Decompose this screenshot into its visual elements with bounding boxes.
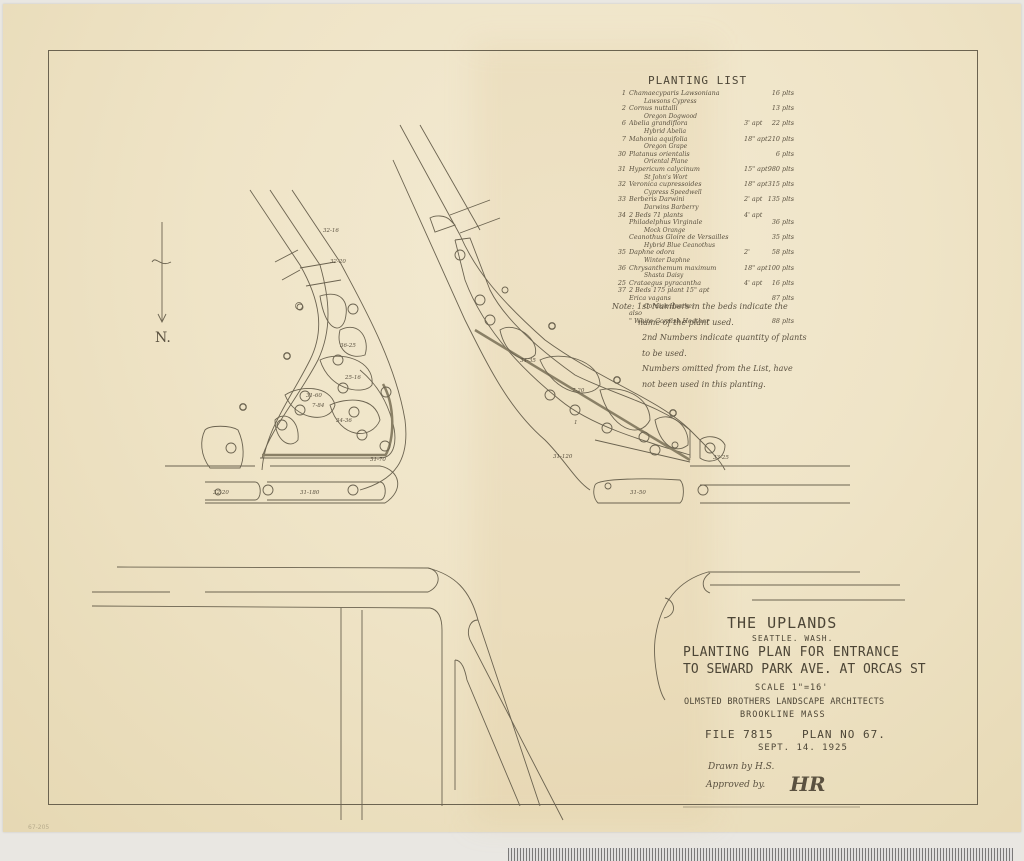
street-lines [92,567,905,820]
plant-quantity: 980 plts [766,166,794,174]
planting-list-item: 25Crataegus pyracantha4' apt16 plts [614,280,794,288]
plant-size: 4' apt [744,280,766,288]
planting-list-title: PLANTING LIST [648,74,747,87]
bed-label: 31-180 [300,490,319,496]
north-arrow-icon [152,222,171,322]
common-name: Oregon Dogwood [614,113,794,121]
item-number: 37 [614,287,626,295]
planting-list-item: 32Veronica cupressoides18" apt315 plts [614,181,794,189]
note-line: 2nd Numbers indicate quantity of plants [612,330,822,346]
project-name: THE UPLANDS [727,614,837,632]
planting-list-item: 2Cornus nuttalli13 plts [614,105,794,113]
lawn-markers [240,303,677,417]
planting-note: Note: 1st Numbers in the beds indicate t… [612,299,822,392]
plant-quantity: 100 plts [766,265,794,273]
botanical-name: Hypericum calycinum [629,166,744,174]
plant-size: 4' apt [744,212,766,220]
plant-quantity: 35 plts [766,234,794,242]
item-number: 35 [614,249,626,257]
bed-label: 36-25 [340,343,356,349]
common-name: Darwins Barberry [614,204,794,212]
item-number: 34 [614,212,626,220]
note-line: Numbers omitted from the List, have [612,361,822,377]
north-label: N. [155,330,171,346]
botanical-name: Ceanothus Gloire de Versailles [629,234,744,242]
common-name: Oregon Grape [614,143,794,151]
botanical-name: Chrysanthemum maximum [629,265,744,273]
item-number: 33 [614,196,626,204]
item-number: 2 [614,105,626,113]
item-number: 6 [614,120,626,128]
note-line: Note: 1st Numbers in the beds indicate t… [612,299,822,315]
item-number: 30 [614,151,626,159]
approver-signature: HR [790,772,826,796]
botanical-name: Platanus orientalis [629,151,744,159]
plant-quantity: 16 plts [766,280,794,288]
item-number: 32 [614,181,626,189]
item-number [614,234,626,242]
plant-quantity: 13 plts [766,105,794,113]
plant-size [744,234,766,242]
bed-label: 31-120 [553,454,572,460]
approved-by: Approved by. [706,780,765,790]
plant-size [744,105,766,113]
plant-size: 15" apt [744,166,766,174]
botanical-name: Chamaecyparis Lawsoniana [629,90,744,98]
planting-list-item: 35Daphne odora2'58 plts [614,249,794,257]
plan-title-line1: PLANTING PLAN FOR ENTRANCE [683,645,900,660]
botanical-name: Cornus nuttalli [629,105,744,113]
planting-list-item: 33Berberis Darwini2' apt135 plts [614,196,794,204]
bed-label: 33-25 [713,455,729,461]
plan-title-line2: TO SEWARD PARK AVE. AT ORCAS ST [683,662,926,677]
planting-list-item: 7Mahonia aquifolia18" apt210 plts [614,136,794,144]
plant-quantity: 315 plts [766,181,794,189]
botanical-name: Veronica cupressoides [629,181,744,189]
scale-ruler [508,848,1013,861]
botanical-name: Crataegus pyracantha [629,280,744,288]
plant-size [744,219,766,227]
planting-list: 1Chamaecyparis Lawsoniana16 pltsLawsons … [614,90,794,325]
plant-quantity: 36 plts [766,219,794,227]
botanical-name: 2 Beds 71 plants [629,212,744,220]
plant-size [744,151,766,159]
bed-label: 7-20 [572,388,584,394]
planting-list-item: 36Chrysanthemum maximum18" apt100 plts [614,265,794,273]
planting-list-item: Philadelphus Virginale36 plts [614,219,794,227]
plant-size: 2' apt [744,196,766,204]
common-name: Lawsons Cypress [614,98,794,106]
common-name: Mock Orange [614,227,794,235]
plant-quantity: 58 plts [766,249,794,257]
planting-list-item: 342 Beds 71 plants4' apt [614,212,794,220]
plant-size: 18" apt [744,181,766,189]
item-number: 31 [614,166,626,174]
firm-location: BROOKLINE MASS [740,710,826,720]
plant-size: 3' apt [744,120,766,128]
common-name: Hybrid Blue Ceanothus [614,242,794,250]
planting-list-item: 372 Beds 175 plant 15" apt [614,287,794,295]
planting-list-item: 6Abelia grandiflora3' apt22 plts [614,120,794,128]
note-line: not been used in this planting. [612,377,822,393]
plant-size: 18" apt [744,136,766,144]
planting-list-item: 30Platanus orientalis6 plts [614,151,794,159]
bed-label: 31-70 [370,457,386,463]
botanical-name: Abelia grandiflora [629,120,744,128]
plant-size: 18" apt [744,265,766,273]
botanical-name: 2 Beds 175 plant 15" apt [629,287,744,295]
botanical-name: Berberis Darwini [629,196,744,204]
plant-size: 2' [744,249,766,257]
firm-name: OLMSTED BROTHERS LANDSCAPE ARCHITECTS [684,697,884,707]
bed-label: 34-35 [520,358,536,364]
common-name: Shasta Daisy [614,272,794,280]
item-number: 36 [614,265,626,273]
botanical-name: Daphne odora [629,249,744,257]
bed-label: 34-36 [336,418,352,424]
plant-quantity: 22 plts [766,120,794,128]
bed-label: 25-16 [345,375,361,381]
common-name: Cypress Speedwell [614,189,794,197]
plan-date: SEPT. 14. 1925 [758,743,848,753]
file-number: FILE 7815 [705,728,774,741]
plant-quantity: 16 plts [766,90,794,98]
planting-list-item: 1Chamaecyparis Lawsoniana16 plts [614,90,794,98]
drawn-by: Drawn by H.S. [708,762,774,772]
botanical-name: Mahonia aquifolia [629,136,744,144]
bed-label: 32-16 [323,228,339,234]
item-number [614,219,626,227]
project-location: SEATTLE. WASH. [752,634,833,643]
plant-size [744,287,766,295]
planting-list-item: 31Hypericum calycinum15" apt980 plts [614,166,794,174]
item-number: 7 [614,136,626,144]
bed-label: 31-50 [630,490,646,496]
bed-label: 32-20 [213,490,229,496]
accession-number: 67-205 [28,824,49,831]
note-line: to be used. [612,346,822,362]
planting-list-item: Ceanothus Gloire de Versailles35 plts [614,234,794,242]
bed-label: 7-84 [312,403,324,409]
plan-number: PLAN NO 67. [802,728,886,741]
botanical-name: Philadelphus Virginale [629,219,744,227]
bed-label: 32-20 [330,259,346,265]
plant-quantity: 210 plts [766,136,794,144]
plant-size [744,90,766,98]
plant-quantity: 6 plts [766,151,794,159]
item-number: 1 [614,90,626,98]
plant-quantity: 135 plts [766,196,794,204]
note-line: name of the plant used. [612,315,822,331]
bed-label: 1 [574,420,578,426]
plan-scale: SCALE 1"=16' [755,683,828,693]
bed-label: 31-60 [306,393,322,399]
